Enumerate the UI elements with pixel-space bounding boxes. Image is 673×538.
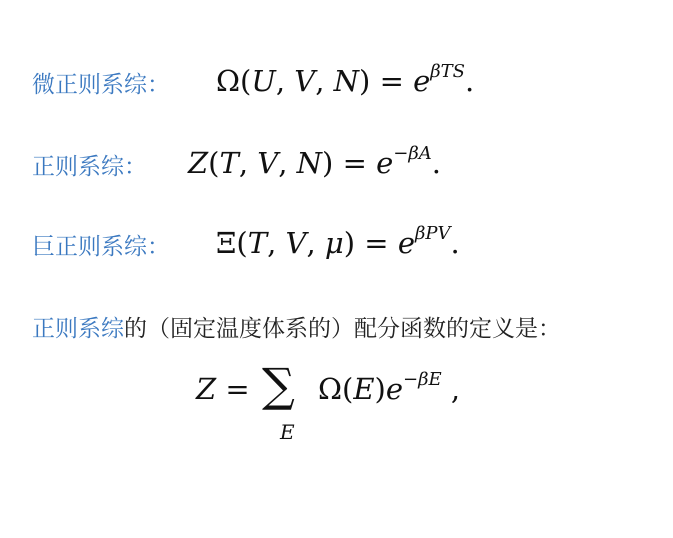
partition-rhs: Ω(E)e−βE , — [318, 372, 460, 406]
grand-canonical-label-row: 巨正则系综： — [32, 228, 170, 261]
arg: T — [219, 146, 238, 180]
summation-index: E — [280, 420, 295, 444]
colon: ： — [124, 154, 147, 180]
arg: N — [334, 64, 359, 98]
exponent: −βE — [403, 369, 442, 390]
arg: V — [286, 226, 307, 260]
arg: V — [294, 64, 315, 98]
canonical-label: 正则系综 — [32, 154, 124, 180]
definition-text: 的（固定温度体系的）配分函数的定义是： — [124, 316, 561, 342]
arg: N — [297, 146, 322, 180]
arg: U — [251, 64, 275, 98]
arg: V — [257, 146, 278, 180]
canonical-equation: Z(T, V, N) = e−βA. — [188, 146, 441, 180]
period: . — [432, 146, 441, 180]
exponent: −βA — [393, 143, 432, 164]
xi-symbol: Ξ — [216, 226, 236, 260]
grand-canonical-label: 巨正则系综 — [32, 234, 147, 260]
equals: = — [225, 372, 249, 406]
colon: ： — [147, 72, 170, 98]
arg: μ — [325, 226, 344, 260]
z-symbol: Z — [196, 372, 216, 406]
exp-base: e — [413, 64, 430, 98]
summation-sign: ∑ — [262, 358, 295, 412]
arg: E — [353, 372, 374, 406]
period: . — [465, 64, 474, 98]
exponent: βTS — [430, 61, 465, 82]
grand-canonical-equation: Ξ(T, V, μ) = eβPV. — [216, 226, 460, 260]
comma: , — [451, 372, 460, 406]
definition-sentence: 正则系综的（固定温度体系的）配分函数的定义是： — [32, 310, 561, 343]
omega-symbol: Ω — [216, 64, 240, 98]
z-symbol: Z — [188, 146, 208, 180]
omega-symbol: Ω — [318, 372, 342, 406]
arg: T — [248, 226, 267, 260]
period: . — [451, 226, 460, 260]
canonical-label-row: 正则系综： — [32, 148, 147, 181]
microcanonical-label: 微正则系综 — [32, 72, 147, 98]
microcanonical-equation: Ω(U, V, N) = eβTS. — [216, 64, 474, 98]
canonical-highlight: 正则系综 — [32, 316, 124, 342]
exp-base: e — [386, 372, 403, 406]
microcanonical-label-row: 微正则系综： — [32, 66, 170, 99]
exponent: βPV — [415, 223, 451, 244]
colon: ： — [147, 234, 170, 260]
exp-base: e — [398, 226, 415, 260]
partition-lhs: Z = — [196, 372, 250, 406]
exp-base: e — [376, 146, 393, 180]
